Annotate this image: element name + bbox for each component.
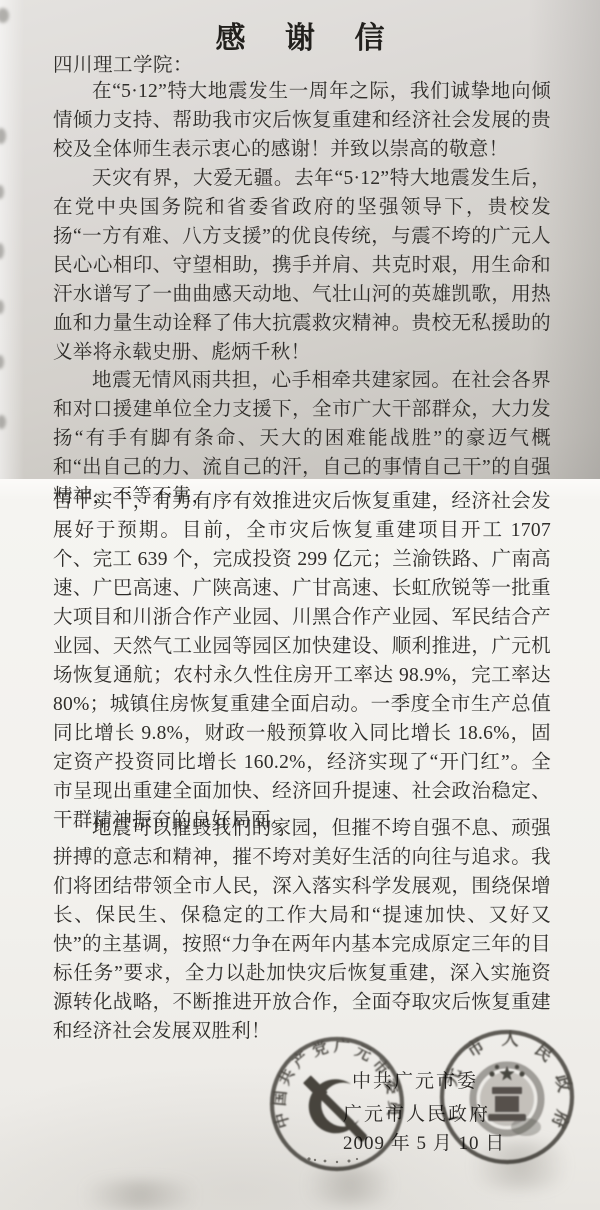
recipient-line: 四川理工学院： — [53, 49, 193, 77]
scanned-letter: 感 谢 信 四川理工学院： 在“5·12”特大地震发生一周年之际，我们诚挚地向倾… — [0, 0, 600, 1210]
hammer-sickle-icon — [303, 1075, 368, 1143]
paragraph-3-part2: 苦干实干，有力有序有效推进灾后恢复重建，经济社会发展好于预期。目前，全市灾后恢复… — [53, 487, 551, 835]
party-committee-seal: 中国共产党广元市委员会 — [263, 1030, 411, 1178]
paragraph-1: 在“5·12”特大地震发生一周年之际，我们诚挚地向倾情倾力支持、帮助我市灾后恢复… — [53, 77, 551, 164]
paragraph-4: 地震可以摧毁我们的家园，但摧不垮自强不息、顽强拼搏的意志和精神，摧不垮对美好生活… — [53, 814, 551, 1046]
paragraph-2: 天灾有界，大爱无疆。去年“5·12”特大地震发生后，在党中央国务院和省委省政府的… — [53, 164, 551, 367]
government-seal: 广元市人民政府 — [433, 1023, 581, 1171]
national-emblem-icon — [473, 1065, 541, 1136]
seal-bottom-marks — [307, 1157, 358, 1163]
scan-stain — [60, 1180, 220, 1210]
